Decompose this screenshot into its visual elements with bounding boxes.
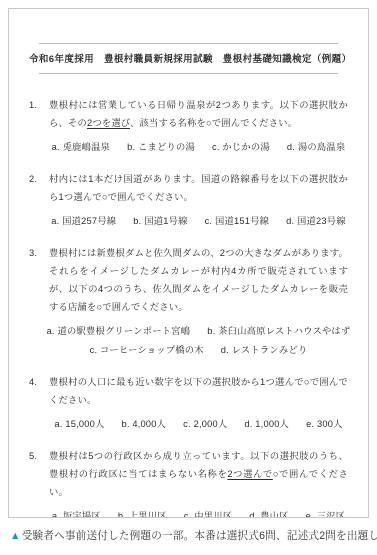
- answer-option: c. かじかの湯: [212, 138, 270, 156]
- question-body: 豊根村の人口に最も近い数字を以下の選択肢から1つ選んで○で囲んでください。a. …: [49, 373, 348, 433]
- exam-title-block: 令和6年度採用 豊根村職員新規採用試験 豊根村基礎知識検定（例題）: [29, 43, 348, 74]
- question-text-segment: 、該当する名称を○で囲んでください。: [130, 118, 297, 128]
- question-body: 村内には1本だけ国道があります。国道の路線番号を以下の選択肢から1つ選んで○で囲…: [49, 170, 348, 230]
- answer-option: b. 国道1号線: [133, 212, 187, 230]
- answer-option: e. 三沢区: [306, 507, 345, 518]
- question-text-segment: 豊根村の人口に最も近い数字を以下の選択肢から1つ選んで○で囲んでください。: [49, 377, 348, 405]
- caption-triangle-icon: ▲: [10, 530, 21, 542]
- answer-option: a. 兎鹿嶋温泉: [52, 138, 110, 156]
- question-4: 4.豊根村の人口に最も近い数字を以下の選択肢から1つ選んで○で囲んでください。a…: [29, 373, 348, 433]
- question-text-segment: 豊根村には新豊根ダムと佐久間ダムの、2つの大きなダムがあります。それらをイメージ…: [49, 248, 348, 312]
- question-list: 1.豊根村には営業している日帰り温泉が2つあります。以下の選択肢から、その2つを…: [29, 96, 348, 518]
- option-line: a. 15,000人b. 4,000人c. 2,000人d. 1,000人e. …: [49, 415, 348, 433]
- question-number: 1.: [29, 96, 49, 114]
- answer-option: a. 道の駅豊根グリーンポート宮嶋: [47, 322, 191, 340]
- answer-option: d. 湯の島温泉: [287, 138, 345, 156]
- answer-option: a. 坂宇場区: [52, 507, 101, 518]
- question-3: 3.豊根村には新豊根ダムと佐久間ダムの、2つの大きなダムがあります。それらをイメ…: [29, 244, 348, 359]
- question-1: 1.豊根村には営業している日帰り温泉が2つあります。以下の選択肢から、その2つを…: [29, 96, 348, 156]
- option-line: a. 坂宇場区b. 上黒川区c. 中黒川区d. 豊山区e. 三沢区: [49, 507, 348, 518]
- question-number: 2.: [29, 170, 49, 188]
- exam-title: 令和6年度採用 豊根村職員新規採用試験 豊根村基礎知識検定（例題）: [29, 44, 348, 73]
- question-text-underlined: 2つ選んで: [227, 469, 272, 479]
- question-number: 3.: [29, 244, 49, 262]
- question-number: 5.: [29, 447, 49, 465]
- answer-option: c. コーヒーショップ橋の木: [90, 341, 204, 359]
- answer-option: e. 300人: [306, 415, 343, 433]
- answer-option: b. 茶臼山高原レストハウスやはず: [207, 322, 350, 340]
- answer-option: d. 国道23号線: [286, 212, 346, 230]
- option-line: a. 国道257号線b. 国道1号線c. 国道151号線d. 国道23号線: [49, 212, 348, 230]
- answer-option: d. 豊山区: [249, 507, 288, 518]
- answer-option: c. 中黒川区: [184, 507, 232, 518]
- question-text: 豊根村には新豊根ダムと佐久間ダムの、2つの大きなダムがあります。それらをイメージ…: [49, 244, 348, 316]
- answer-option: d. 1,000人: [244, 415, 289, 433]
- answer-option: a. 国道257号線: [51, 212, 116, 230]
- question-text: 村内には1本だけ国道があります。国道の路線番号を以下の選択肢から1つ選んで○で囲…: [49, 170, 348, 206]
- question-number: 4.: [29, 373, 49, 391]
- question-5: 5.豊根村は5つの行政区から成り立っています。以下の選択肢のうち、豊根村の行政区…: [29, 447, 348, 518]
- question-body: 豊根村には営業している日帰り温泉が2つあります。以下の選択肢から、その2つを選び…: [49, 96, 348, 156]
- answer-option: a. 15,000人: [54, 415, 104, 433]
- question-text-segment: 村内には1本だけ国道があります。国道の路線番号を以下の選択肢から1つ選んで○で囲…: [49, 174, 348, 202]
- question-text: 豊根村は5つの行政区から成り立っています。以下の選択肢のうち、豊根村の行政区に当…: [49, 447, 348, 501]
- exam-figure: 令和6年度採用 豊根村職員新規採用試験 豊根村基礎知識検定（例題） 1.豊根村に…: [0, 0, 377, 555]
- question-text: 豊根村の人口に最も近い数字を以下の選択肢から1つ選んで○で囲んでください。: [49, 373, 348, 409]
- photo-caption: ▲受験者へ事前送付した例題の一部。本番は選択式6問、記述式2問を出題した。: [10, 528, 371, 544]
- question-body: 豊根村には新豊根ダムと佐久間ダムの、2つの大きなダムがあります。それらをイメージ…: [49, 244, 348, 359]
- question-body: 豊根村は5つの行政区から成り立っています。以下の選択肢のうち、豊根村の行政区に当…: [49, 447, 348, 518]
- answer-option: b. こまどりの湯: [127, 138, 195, 156]
- option-line: a. 道の駅豊根グリーンポート宮嶋b. 茶臼山高原レストハウスやはず: [49, 322, 348, 340]
- option-line: c. コーヒーショップ橋の木d. レストランみどり: [49, 341, 348, 359]
- answer-option: d. レストランみどり: [221, 341, 308, 359]
- answer-option: c. 国道151号線: [205, 212, 270, 230]
- question-text-underlined: 2つを選び: [87, 118, 130, 128]
- caption-text: 受験者へ事前送付した例題の一部。本番は選択式6問、記述式2問を出題した。: [22, 530, 377, 542]
- question-2: 2.村内には1本だけ国道があります。国道の路線番号を以下の選択肢から1つ選んで○…: [29, 170, 348, 230]
- option-line: a. 兎鹿嶋温泉b. こまどりの湯c. かじかの湯d. 湯の島温泉: [49, 138, 348, 156]
- answer-option: c. 2,000人: [183, 415, 227, 433]
- title-rule-bottom: [39, 73, 338, 74]
- answer-option: b. 上黒川区: [118, 507, 167, 518]
- question-text: 豊根村には営業している日帰り温泉が2つあります。以下の選択肢から、その2つを選び…: [49, 96, 348, 132]
- answer-option: b. 4,000人: [121, 415, 166, 433]
- exam-page: 令和6年度採用 豊根村職員新規採用試験 豊根村基礎知識検定（例題） 1.豊根村に…: [8, 8, 369, 518]
